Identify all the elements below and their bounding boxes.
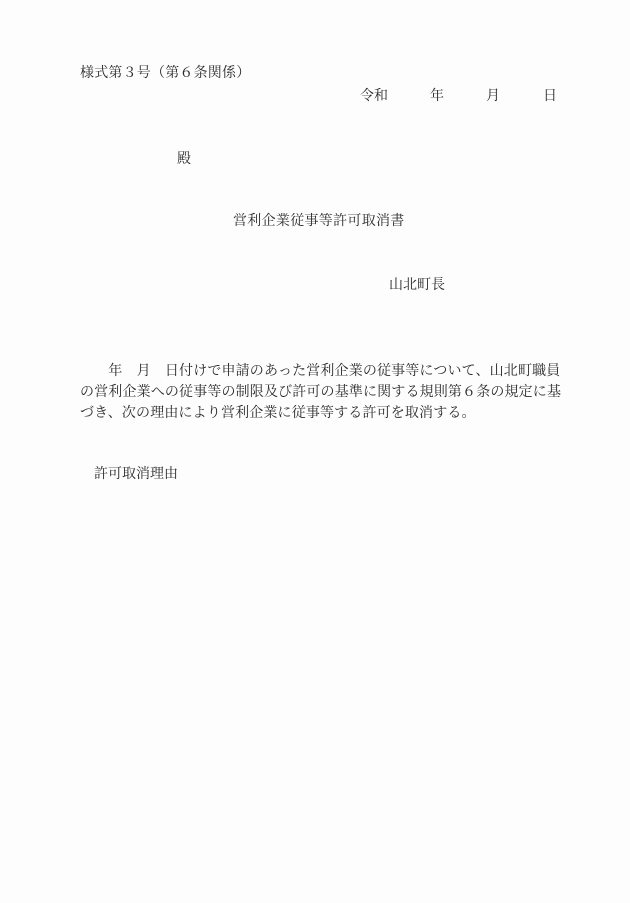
body-line: の営利企業への従事等の制限及び許可の基準に関する規則第６条の規定に基 xyxy=(80,382,558,403)
reason-heading: 許可取消理由 xyxy=(94,467,178,481)
body-paragraph: 年 月 日付けで申請のあった営利企業の従事等について、山北町職員 の営利企業への… xyxy=(80,361,558,424)
date-era: 令和 xyxy=(360,89,388,103)
body-line: 年 月 日付けで申請のあった営利企業の従事等について、山北町職員 xyxy=(80,361,558,382)
issuer-name: 山北町長 xyxy=(389,278,445,292)
date-month-label: 月 xyxy=(486,89,500,103)
date-day-label: 日 xyxy=(543,89,557,103)
addressee-suffix: 殿 xyxy=(177,152,191,166)
body-line: づき、次の理由により営利企業に従事等する許可を取消する。 xyxy=(80,403,558,424)
form-number: 様式第３号（第６条関係） xyxy=(80,66,250,80)
document-title: 営利企業従事等許可取消書 xyxy=(233,214,405,228)
date-year-label: 年 xyxy=(430,89,444,103)
